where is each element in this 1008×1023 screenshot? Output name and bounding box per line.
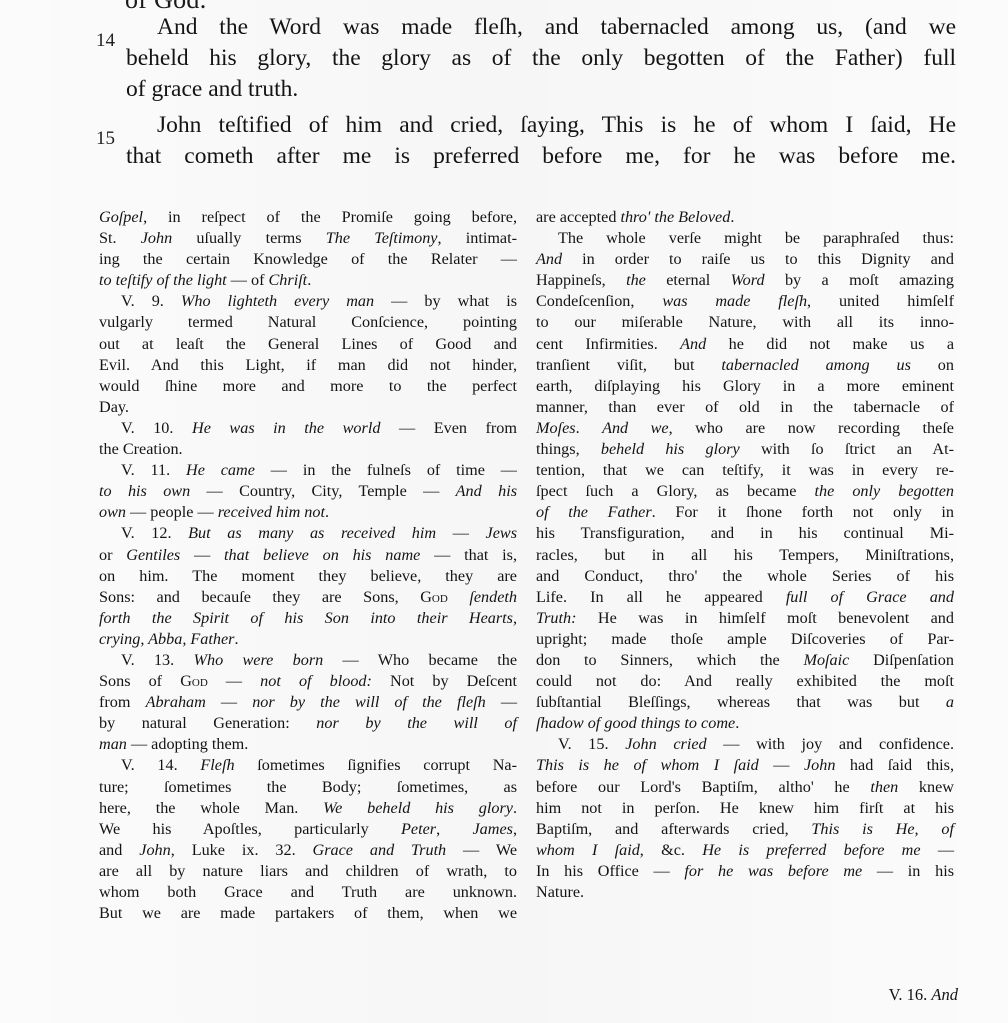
commentary-left-column: Goſpel, in reſpect of the Promiſe going …: [99, 207, 517, 924]
commentary-line: Happineſs, the eternal Word by a moſt am…: [536, 270, 954, 291]
commentary-line: him not in perſon. He knew him firſt at …: [536, 798, 954, 819]
commentary-line: to his own — Country, City, Temple — And…: [99, 481, 517, 502]
verse-number: 15: [96, 123, 115, 154]
commentary-line: Goſpel, in reſpect of the Promiſe going …: [99, 207, 517, 228]
commentary-line: by natural Generation: nor by the will o…: [99, 713, 517, 734]
commentary-line: Truth: He was in himſelf moſt benevolent…: [536, 608, 954, 629]
commentary-line: Sons of God — not of blood: Not by Deſce…: [99, 671, 517, 692]
commentary-line: ing the certain Knowledge of the Relater…: [99, 249, 517, 270]
commentary-line: Day.: [99, 397, 517, 418]
commentary-line: V. 12. But as many as received him — Jew…: [99, 523, 517, 544]
commentary-line: V. 10. He was in the world — Even from: [99, 418, 517, 439]
commentary-line: to teſtify of the light — of Chriſt.: [99, 270, 517, 291]
commentary-line: forth the Spirit of his Son into their H…: [99, 608, 517, 629]
commentary-line: V. 13. Who were born — Who became the: [99, 650, 517, 671]
commentary-line: his Transfiguration, and in his continua…: [536, 523, 954, 544]
verse-line: John teſtified of him and cried, ſaying,…: [96, 110, 956, 141]
commentary-line: The whole verſe might be paraphraſed thu…: [536, 228, 954, 249]
commentary-line: are all by nature liars and children of …: [99, 861, 517, 882]
commentary-line: upright; made thoſe ample Diſcoveries of…: [536, 629, 954, 650]
commentary-line: Baptiſm, and afterwards cried, This is H…: [536, 819, 954, 840]
commentary-line: ſubſtantial Bleſſings, whereas that was …: [536, 692, 954, 713]
scripture-verse-14: 14 And the Word was made fleſh, and tabe…: [96, 12, 956, 105]
commentary-line: Life. In all he appeared full of Grace a…: [536, 587, 954, 608]
commentary-line: out at leaſt the General Lines of Good a…: [99, 334, 517, 355]
commentary-line: V. 11. He came — in the fulneſs of time …: [99, 460, 517, 481]
commentary-line: on him. The moment they believe, they ar…: [99, 566, 517, 587]
commentary-line: We his Apoſtles, particularly Peter, Jam…: [99, 819, 517, 840]
verse-line: And the Word was made fleſh, and taberna…: [96, 12, 956, 43]
scripture-verse-15: 15 John teſtified of him and cried, ſayi…: [96, 110, 956, 172]
commentary-line: Evil. And this Light, if man did not hin…: [99, 355, 517, 376]
commentary-line: In his Office — for he was before me — i…: [536, 861, 954, 882]
verse-line: of grace and truth.: [96, 74, 956, 105]
commentary-right-column: are accepted thro' the Beloved.The whole…: [536, 207, 954, 903]
commentary-line: Sons: and becauſe they are Sons, God ſen…: [99, 587, 517, 608]
commentary-line: own — people — received him not.: [99, 502, 517, 523]
commentary-line: before our Lord's Baptiſm, altho' he the…: [536, 777, 954, 798]
commentary-line: would ſhine more and more to the perfect: [99, 376, 517, 397]
commentary-line: here, the whole Man. We beheld his glory…: [99, 798, 517, 819]
commentary-line: of the Father. For it ſhone forth not on…: [536, 502, 954, 523]
commentary-line: racles, but in all his Tempers, Miniſtra…: [536, 545, 954, 566]
commentary-line: tention, that we can teſtify, it was in …: [536, 460, 954, 481]
commentary-line: ſpect ſuch a Glory, as became the only b…: [536, 481, 954, 502]
catchword: V. 16. And: [889, 985, 958, 1005]
commentary-line: crying, Abba, Father.: [99, 629, 517, 650]
commentary-line: the Creation.: [99, 439, 517, 460]
commentary-line: Condeſcenſion, was made fleſh, united hi…: [536, 291, 954, 312]
commentary-line: tranſient viſit, but tabernacled among u…: [536, 355, 954, 376]
commentary-line: whom both Grace and Truth are unknown.: [99, 882, 517, 903]
commentary-line: Nature.: [536, 882, 954, 903]
commentary-line: V. 15. John cried — with joy and confide…: [536, 734, 954, 755]
commentary-line: manner, than ever of old in the tabernac…: [536, 397, 954, 418]
commentary-line: man — adopting them.: [99, 734, 517, 755]
verse-number: 14: [96, 25, 115, 56]
commentary-line: and Conduct, thro' the whole Series of h…: [536, 566, 954, 587]
commentary-line: Moſes. And we, who are now recording the…: [536, 418, 954, 439]
commentary-line: things, beheld his glory with ſo ſtrict …: [536, 439, 954, 460]
commentary-line: or Gentiles — that believe on his name —…: [99, 545, 517, 566]
commentary-line: V. 14. Fleſh ſometimes ſignifies corrupt…: [99, 755, 517, 776]
commentary-line: ture; ſometimes the Body; ſometimes, as: [99, 777, 517, 798]
commentary-line: earth, diſplaying his Glory in a more em…: [536, 376, 954, 397]
commentary-line: and John, Luke ix. 32. Grace and Truth —…: [99, 840, 517, 861]
commentary-line: are accepted thro' the Beloved.: [536, 207, 954, 228]
commentary-line: whom I ſaid, &c. He is preferred before …: [536, 840, 954, 861]
commentary-line: don to Sinners, which the Moſaic Diſpenſ…: [536, 650, 954, 671]
commentary-line: This is he of whom I ſaid — John had ſai…: [536, 755, 954, 776]
commentary-line: But we are made partakers of them, when …: [99, 903, 517, 924]
commentary-line: vulgarly termed Natural Conſcience, poin…: [99, 312, 517, 333]
verse-line: beheld his glory, the glory as of the on…: [96, 43, 956, 74]
commentary-line: St. John uſually terms The Teſtimony, in…: [99, 228, 517, 249]
commentary-line: And in order to raiſe us to this Dignity…: [536, 249, 954, 270]
commentary-line: cent Infirmities. And he did not make us…: [536, 334, 954, 355]
book-page: of God. 14 And the Word was made fleſh, …: [0, 0, 1008, 1023]
commentary-line: to our miſerable Nature, with all its in…: [536, 312, 954, 333]
commentary-line: ſhadow of good things to come.: [536, 713, 954, 734]
verse-line: that cometh after me is preferred before…: [96, 141, 956, 172]
commentary-line: could not do: And really exhibited the m…: [536, 671, 954, 692]
commentary-line: from Abraham — nor by the will of the fl…: [99, 692, 517, 713]
commentary-line: V. 9. Who lighteth every man — by what i…: [99, 291, 517, 312]
